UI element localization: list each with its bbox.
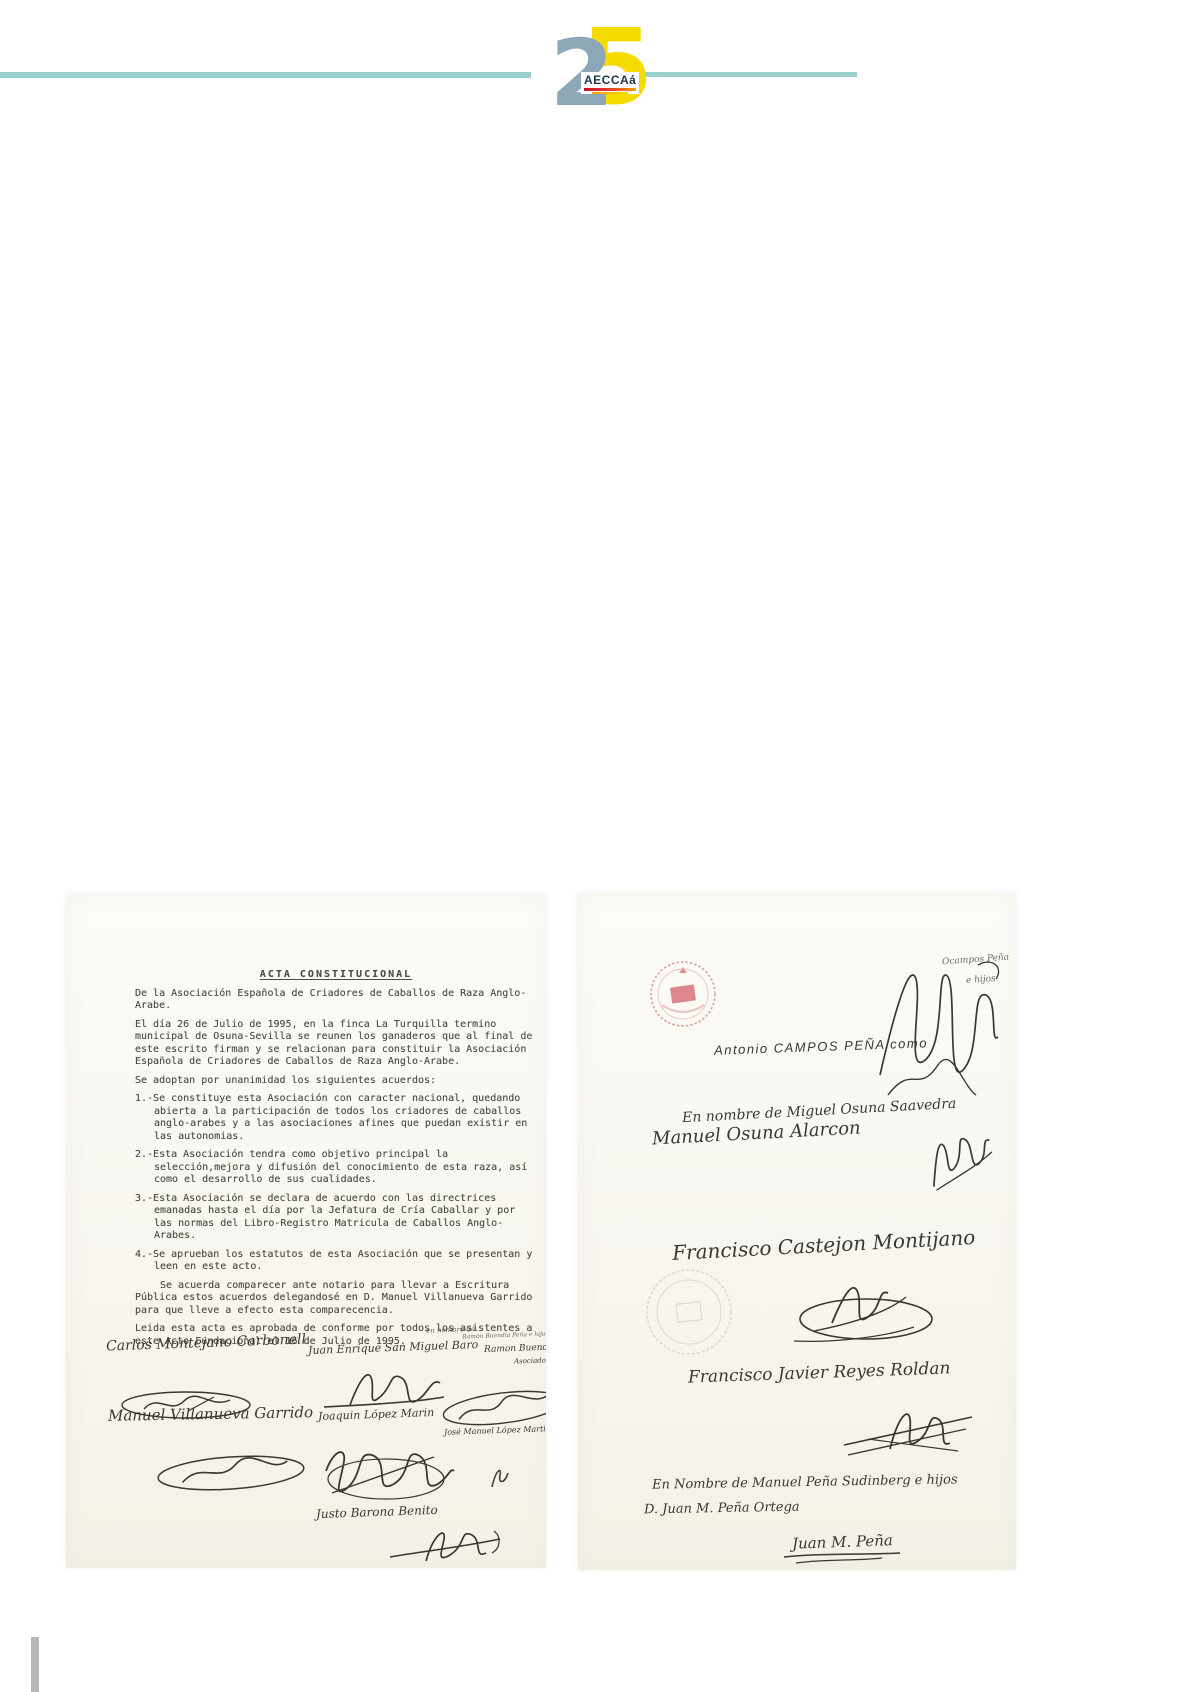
acta-paragraph: Se adoptan por unanimidad los siguientes… xyxy=(135,1075,537,1088)
line-en-nombre-pena: En Nombre de Manuel Peña Sudinberg e hij… xyxy=(652,1472,958,1492)
signer-name-villanueva: Manuel Villanueva Garrido xyxy=(108,1403,313,1425)
acta-paragraph: 2.-Esta Asociación tendra como objetivo … xyxy=(135,1149,537,1187)
typed-text-block: ACTA CONSTITUCIONAL De la Asociación Esp… xyxy=(135,969,537,1354)
signature-bottom-left-page xyxy=(382,1523,508,1568)
right-scan-signatures: Ocampos Peña e hijos Antonio CAMPOS PEÑA… xyxy=(578,893,1016,1570)
signer-name-barona: Justo Barona Benito xyxy=(316,1503,438,1521)
left-scan-acta-constitucional: ACTA CONSTITUCIONAL De la Asociación Esp… xyxy=(66,895,546,1568)
signature-juan-pena-underline xyxy=(782,1551,902,1567)
header-rule-left xyxy=(0,72,531,78)
acta-paragraph: 1.-Se constituye esta Asociación con car… xyxy=(135,1093,537,1143)
acta-paragraph: De la Asociación Española de Criadores d… xyxy=(135,988,537,1013)
aecca-25-logo: 5 2 AECCAá xyxy=(548,22,658,122)
logo-wordmark: AECCAá xyxy=(581,72,639,94)
signer-role-buendia: Asociado xyxy=(514,1356,546,1365)
signature-paraph-small xyxy=(486,1463,512,1491)
signature-barona xyxy=(316,1441,458,1511)
signature-castejon xyxy=(774,1275,938,1347)
line-reyes-roldan: Francisco Javier Reyes Roldan xyxy=(688,1358,951,1387)
header-rule-right xyxy=(645,72,857,77)
signature-scribble-campos xyxy=(858,945,1010,1113)
signer-name-lopez-marin: Joaquin López Marin xyxy=(318,1406,435,1423)
acta-paragraph: 4.-Se aprueban los estatutos de esta Aso… xyxy=(135,1249,537,1274)
signature-crossed-reyes xyxy=(838,1399,978,1463)
acta-paragraph: Se acuerda comparecer ante notario para … xyxy=(135,1280,537,1318)
line-castejon: Francisco Castejon Montijano xyxy=(672,1225,976,1265)
fragment-e-hijos: e hijos xyxy=(966,974,996,986)
acta-paragraph: El día 26 de Julio de 1995, en la finca … xyxy=(135,1019,537,1069)
signature-juan-pena-text: Juan M. Peña xyxy=(792,1531,893,1553)
signature-oval-villanueva xyxy=(153,1446,310,1501)
signature-manuel-osuna xyxy=(914,1116,1002,1196)
acta-paragraph: 3.-Esta Asociación se declara de acuerdo… xyxy=(135,1193,537,1243)
logo-underline-bar-2 xyxy=(592,92,629,94)
logo-underline-bar xyxy=(584,88,636,91)
line-juan-pena-ortega: D. Juan M. Peña Ortega xyxy=(644,1500,800,1518)
pink-notary-stamp xyxy=(648,959,718,1034)
page-margin-bar xyxy=(31,1637,39,1692)
logo-wordmark-text: AECCAá xyxy=(584,73,636,87)
acta-title: ACTA CONSTITUCIONAL xyxy=(135,969,537,982)
gray-embossed-stamp xyxy=(644,1267,734,1362)
